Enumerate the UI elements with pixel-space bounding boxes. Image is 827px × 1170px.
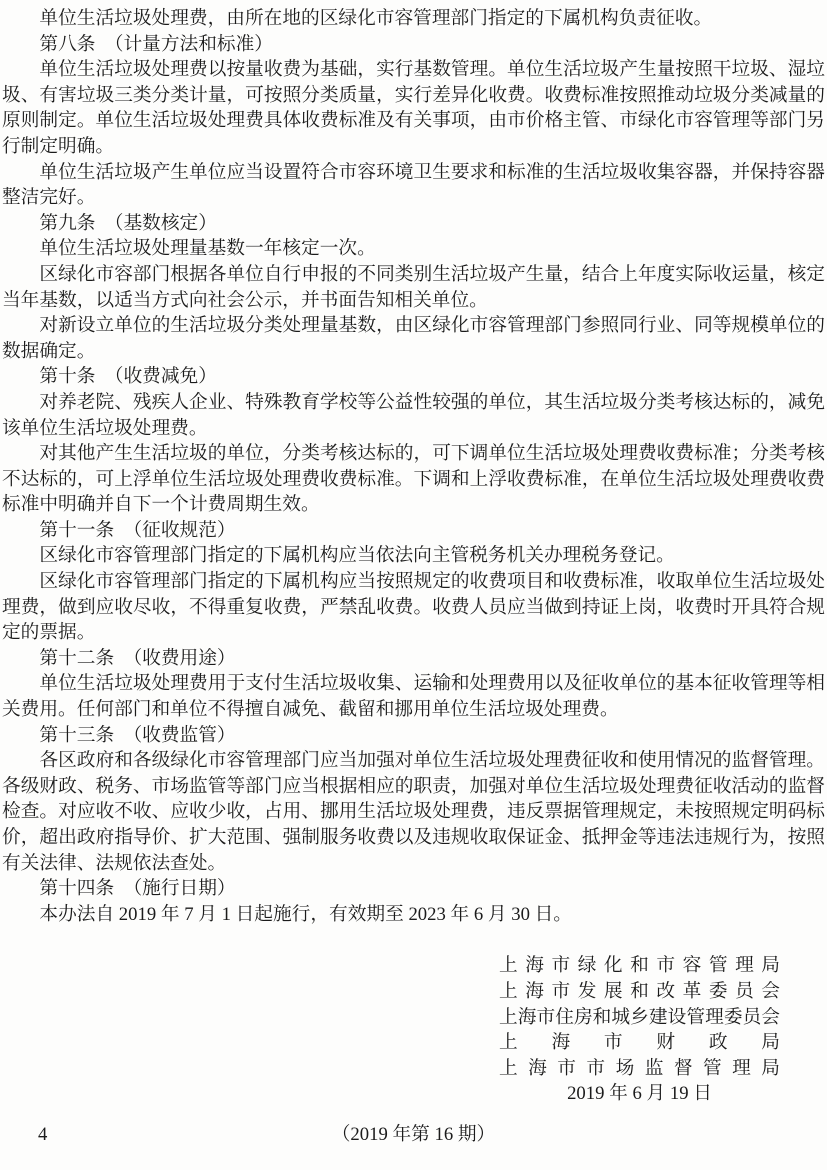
- paragraph: 第十四条 （施行日期）: [2, 876, 825, 902]
- paragraph: 区绿化市容管理部门指定的下属机构应当按照规定的收费项目和收费标准，收取单位生活垃…: [2, 569, 825, 646]
- paragraph: 第十三条 （收费监管）: [2, 723, 825, 749]
- document-body: 单位生活垃圾处理费，由所在地的区绿化市容管理部门指定的下属机构负责征收。第八条 …: [2, 6, 825, 1107]
- signature-line: 上海市财政局: [499, 1030, 780, 1056]
- signature-line: 上海市住房和城乡建设管理委员会: [499, 1005, 780, 1031]
- signature-list: 上海市绿化和市容管理局上海市发展和改革委员会上海市住房和城乡建设管理委员会上海市…: [499, 953, 780, 1081]
- page-footer: 4 （2019 年第 16 期）: [0, 1122, 827, 1148]
- document-page: 单位生活垃圾处理费，由所在地的区绿化市容管理部门指定的下属机构负责征收。第八条 …: [0, 0, 827, 1170]
- paragraph: 区绿化市容部门根据各单位自行申报的不同类别生活垃圾产生量，结合上年度实际收运量，…: [2, 262, 825, 313]
- paragraph: 第八条 （计量方法和标准）: [2, 32, 825, 58]
- signature-line: 上海市市场监督管理局: [499, 1056, 780, 1082]
- paragraph: 区绿化市容管理部门指定的下属机构应当依法向主管税务机关办理税务登记。: [2, 543, 825, 569]
- signature-date: 2019 年 6 月 19 日: [499, 1081, 780, 1107]
- issue-label: （2019 年第 16 期）: [0, 1122, 827, 1148]
- paragraph: 单位生活垃圾处理费用于支付生活垃圾收集、运输和处理费用以及征收单位的基本征收管理…: [2, 671, 825, 722]
- paragraph: 第十一条 （征收规范）: [2, 518, 825, 544]
- paragraph: 对其他产生生活垃圾的单位，分类考核达标的，可下调单位生活垃圾处理费收费标准；分类…: [2, 441, 825, 518]
- paragraph: 第十二条 （收费用途）: [2, 646, 825, 672]
- paragraph-list: 单位生活垃圾处理费，由所在地的区绿化市容管理部门指定的下属机构负责征收。第八条 …: [2, 6, 825, 927]
- paragraph: 第九条 （基数核定）: [2, 211, 825, 237]
- paragraph: 单位生活垃圾处理量基数一年核定一次。: [2, 236, 825, 262]
- paragraph: 单位生活垃圾处理费以按量收费为基础，实行基数管理。单位生活垃圾产生量按照干垃圾、…: [2, 57, 825, 159]
- paragraph: 本办法自 2019 年 7 月 1 日起施行，有效期至 2023 年 6 月 3…: [2, 902, 825, 928]
- paragraph: 各区政府和各级绿化市容管理部门应当加强对单位生活垃圾处理费征收和使用情况的监督管…: [2, 748, 825, 876]
- signature-block: 上海市绿化和市容管理局上海市发展和改革委员会上海市住房和城乡建设管理委员会上海市…: [499, 953, 780, 1107]
- page-number: 4: [38, 1122, 47, 1148]
- paragraph: 单位生活垃圾处理费，由所在地的区绿化市容管理部门指定的下属机构负责征收。: [2, 6, 825, 32]
- signature-line: 上海市绿化和市容管理局: [499, 953, 780, 979]
- paragraph: 对新设立单位的生活垃圾分类处理量基数，由区绿化市容管理部门参照同行业、同等规模单…: [2, 313, 825, 364]
- paragraph: 对养老院、残疾人企业、特殊教育学校等公益性较强的单位，其生活垃圾分类考核达标的，…: [2, 390, 825, 441]
- signature-line: 上海市发展和改革委员会: [499, 979, 780, 1005]
- paragraph: 第十条 （收费减免）: [2, 364, 825, 390]
- paragraph: 单位生活垃圾产生单位应当设置符合市容环境卫生要求和标准的生活垃圾收集容器，并保持…: [2, 160, 825, 211]
